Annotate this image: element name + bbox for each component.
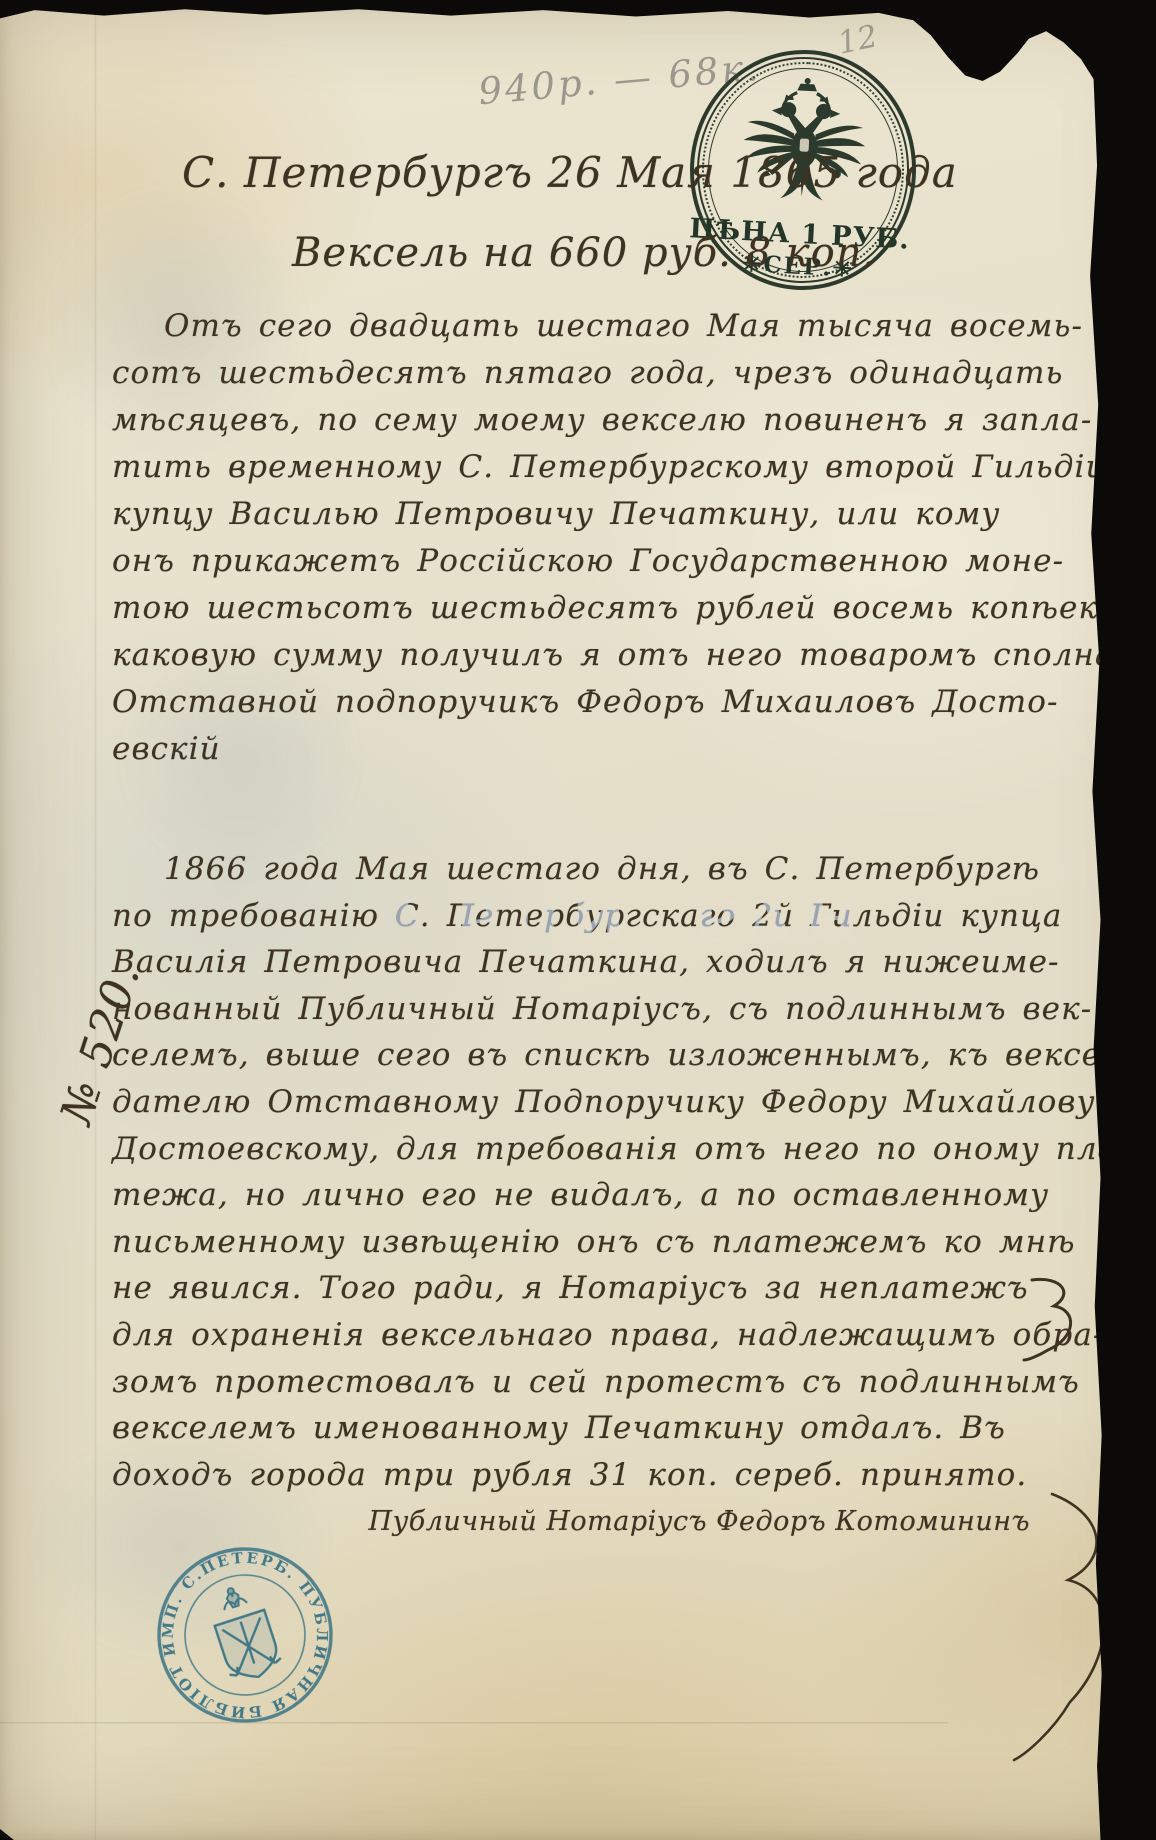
handwritten-line: селемъ, выше сего въ спискѣ изложеннымъ,…	[112, 1037, 1032, 1084]
handwritten-line: мѣсяцевъ, по сему моему векселю повиненъ…	[112, 402, 1032, 449]
signature-paraph-flourish	[1012, 1488, 1132, 1788]
handwritten-line: евскій	[112, 731, 1032, 778]
bill-title-line: Вексель на 660 руб. 8 коп.	[292, 230, 876, 276]
handwritten-line: Достоевскому, для требованія отъ него по…	[112, 1131, 1032, 1178]
handwritten-line: Отъ сего двадцать шестаго Мая тысяча вос…	[112, 308, 1032, 355]
notary-signature: Публичный Нотаріусъ Федоръ Котомининъ	[330, 1506, 1030, 1537]
handwritten-line: тою шестьсотъ шестьдесятъ рублей восемь …	[112, 590, 1032, 637]
horizontal-fold-crease	[0, 1722, 948, 1725]
handwritten-line: каковую сумму получилъ я отъ него товаро…	[112, 637, 1032, 684]
handwritten-line: зомъ протестовалъ и сей протестъ съ подл…	[112, 1364, 1032, 1411]
handwritten-line: векселемъ именованному Печаткину отдалъ.…	[112, 1410, 1032, 1457]
place-date-line: С. Петербургъ 26 Мая 1865 года	[182, 148, 958, 197]
handwritten-line: тить временному С. Петербургскому второй…	[112, 449, 1032, 496]
handwritten-line: Отставной подпоручикъ Федоръ Михаиловъ Д…	[112, 684, 1032, 731]
handwritten-line: сотъ шестьдесятъ пятаго года, чрезъ один…	[112, 355, 1032, 402]
promissory-note-sheet: 940р. — 68к. 12	[0, 0, 1156, 1840]
handwritten-line: не явился. Того ради, я Нотаріусъ за неп…	[112, 1270, 1032, 1317]
photograph-backdrop: 940р. — 68к. 12	[0, 0, 1156, 1840]
handwritten-line: нованный Публичный Нотаріусъ, съ подлинн…	[112, 991, 1032, 1038]
handwritten-line: письменному извѣщенію онъ съ платежемъ к…	[112, 1224, 1032, 1271]
handwritten-line: доходъ города три рубля 31 коп. сереб. п…	[112, 1457, 1032, 1504]
handwritten-line: купцу Василью Петровичу Печаткину, или к…	[112, 496, 1032, 543]
handwritten-line: онъ прикажетъ Россійскою Государственною…	[112, 543, 1032, 590]
st-petersburg-arms-icon	[204, 1580, 284, 1685]
handwritten-line: дателю Отставному Подпоручику Федору Мих…	[112, 1084, 1032, 1131]
handwritten-line: для охраненія вексельнаго права, надлежа…	[112, 1317, 1032, 1364]
handwritten-line: тежа, но лично его не видалъ, а по остав…	[112, 1177, 1032, 1224]
archive-watermark: ИРЛИ РАН	[388, 884, 868, 957]
promissory-text-paragraph: Отъ сего двадцать шестаго Мая тысяча вос…	[112, 308, 1032, 778]
